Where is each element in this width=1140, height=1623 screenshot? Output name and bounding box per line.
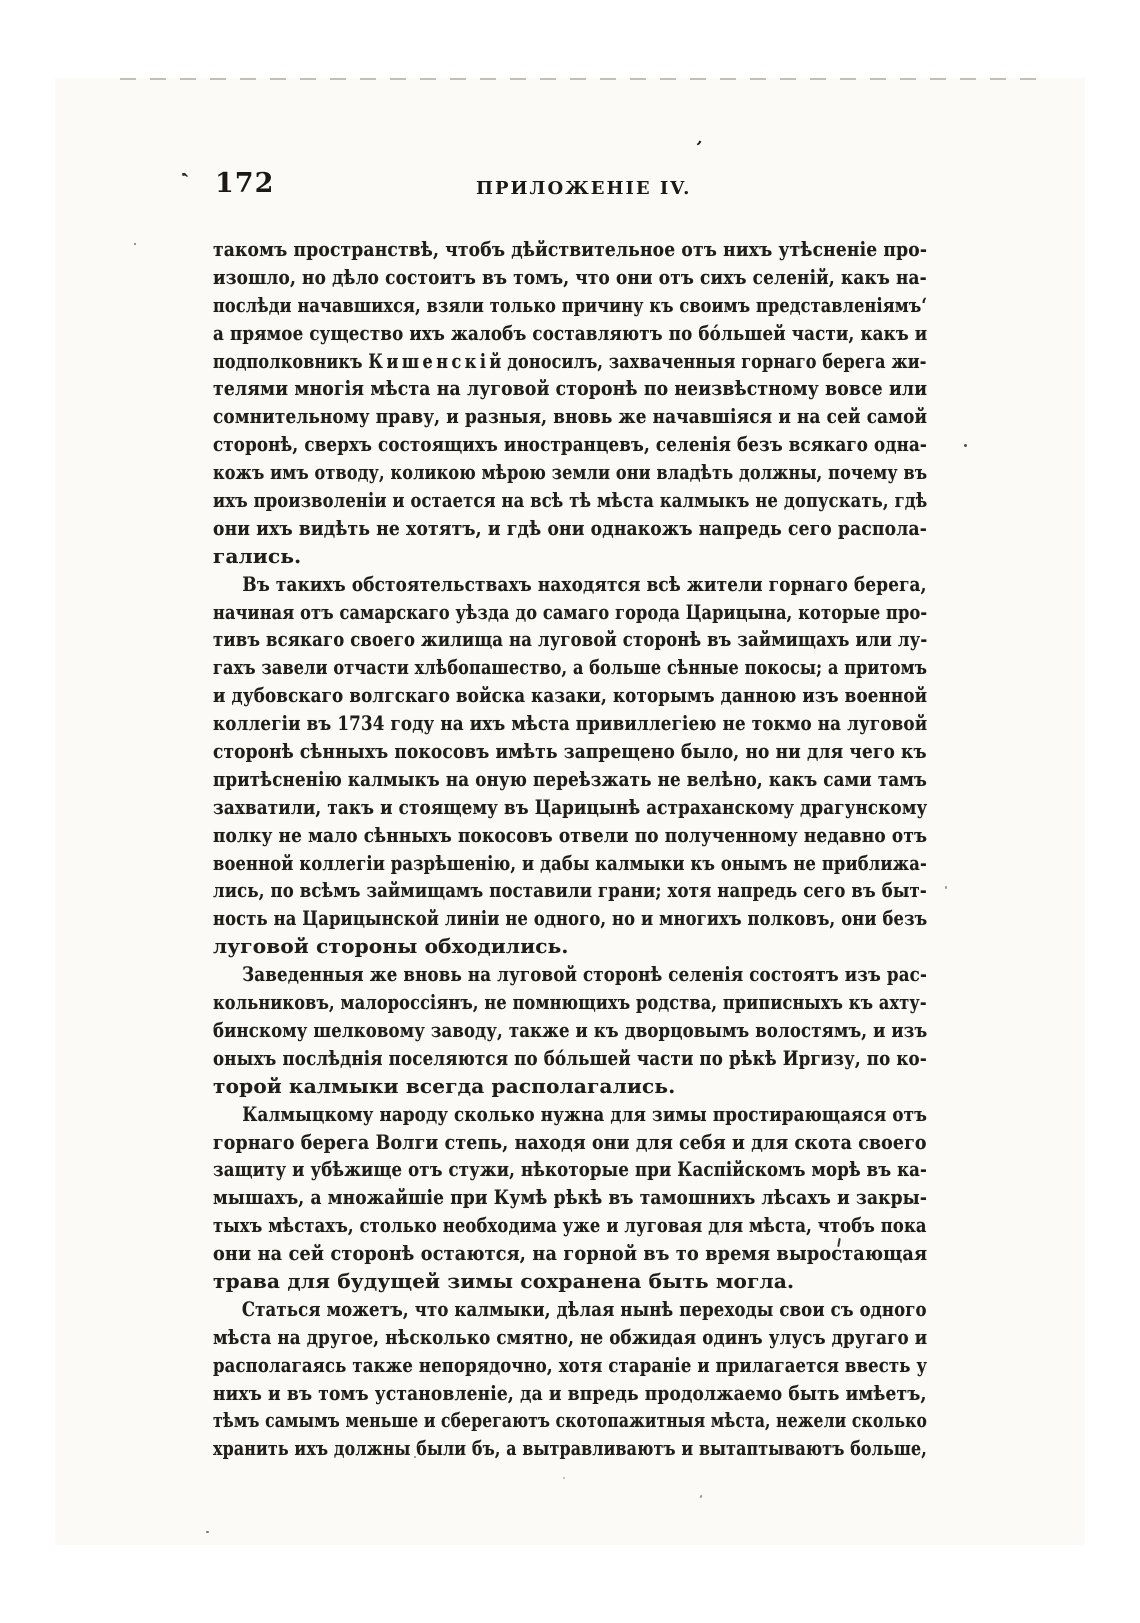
text-line: горнаго берега Волги степь, находя они д… <box>213 1129 832 1157</box>
ink-speck <box>945 886 947 889</box>
text-line: изошло, но дѣло состоитъ въ томъ, что он… <box>213 264 816 292</box>
text-line: полку не мало сѣнныхъ покосовъ отвели по… <box>213 822 817 850</box>
text-line: захватили, такъ и стоящему въ Царицынѣ а… <box>213 794 810 822</box>
text-line: гались. <box>213 543 927 571</box>
text-line: они ихъ видѣть не хотятъ, и гдѣ они одна… <box>213 515 824 543</box>
text-line: Заведенныя же вновь на луговой сторонѣ с… <box>213 961 807 989</box>
stray-grave-mark: ` <box>180 169 196 185</box>
text-line: послѣди начавшихся, взяли только причину… <box>213 292 787 320</box>
text-line: защиту и убѣжище отъ стужи, нѣкоторые пр… <box>213 1156 803 1184</box>
scanned-book-page: { "page": { "number": "172", "header_tit… <box>0 0 1140 1623</box>
text-line: сомнительному праву, и разныя, вновь же … <box>213 403 815 431</box>
text-block: такомъ пространствѣ, чтобъ дѣйствительно… <box>213 236 927 1463</box>
ink-speck <box>563 1477 565 1479</box>
text-line: мышахъ, а множайшіе при Кумѣ рѣкѣ въ там… <box>213 1184 820 1212</box>
ink-speck <box>206 1531 209 1533</box>
text-line: нихъ и въ томъ установленіе, да и впредь… <box>213 1380 821 1408</box>
text-line: сторонѣ, сверхъ состоящихъ иностранцевъ,… <box>213 431 808 459</box>
text-line: притѣсненію калмыкъ на оную переѣзжать н… <box>213 766 809 794</box>
text-line: и дубовскаго волгскаго войска казаки, ко… <box>213 682 809 710</box>
text-line: а прямое существо ихъ жалобъ составляютъ… <box>213 320 809 348</box>
text-line: ихъ произволеніи и остается на всѣ тѣ мѣ… <box>213 487 795 515</box>
text-line: мѣста на другое, нѣсколько смятно, не об… <box>213 1324 809 1352</box>
text-line: лись, по всѣмъ займищамъ поставили грани… <box>213 877 801 905</box>
text-line: торой калмыки всегда располагались. <box>213 1073 927 1101</box>
text-line: хранить ихъ должны были бъ, а вытравлива… <box>213 1435 778 1463</box>
text-line: Калмыцкому народу сколько нужна для зимы… <box>213 1101 809 1129</box>
text-line: они на сей сторонѣ остаются, на горной в… <box>213 1240 842 1268</box>
ink-speck <box>964 444 967 447</box>
text-line: оныхъ послѣднія поселяются по бо́льшей ч… <box>213 1045 807 1073</box>
text-line: тыхъ мѣстахъ, столько необходима уже и л… <box>213 1212 796 1240</box>
text-line: Статься можетъ, что калмыки, дѣлая нынѣ … <box>213 1296 802 1324</box>
text-line: начиная отъ самарскаго уѣзда до самаго г… <box>213 599 789 627</box>
text-line: такомъ пространствѣ, чтобъ дѣйствительно… <box>213 236 824 264</box>
text-line: тивъ всякаго своего жилища на луговой ст… <box>213 626 800 654</box>
text-line: трава для будущей зимы сохранена быть мо… <box>213 1268 927 1296</box>
text-line: коллегіи въ 1734 году на ихъ мѣста приви… <box>213 710 809 738</box>
text-line: гахъ завели отчасти хлѣбопашество, а бол… <box>213 654 786 682</box>
text-line: Въ такихъ обстоятельствахъ находятся всѣ… <box>213 571 813 599</box>
text-line: тѣмъ самымъ меньше и сберегаютъ скотопаж… <box>213 1407 767 1435</box>
text-line: располагаясь также непорядочно, хотя ста… <box>213 1352 800 1380</box>
text-line: кожъ имъ отводу, коликою мѣрою земли они… <box>213 459 786 487</box>
text-line: бинскому шелковому заводу, также и къ дв… <box>213 1017 802 1045</box>
scan-edge-artifact <box>120 78 1050 80</box>
text-line: подполковникъ К и ш е н с к і й доносилъ… <box>213 348 785 376</box>
text-line: телями многія мѣста на луговой сторонѣ п… <box>213 375 827 403</box>
text-line: ность на Царицынской линіи не одного, но… <box>213 905 796 933</box>
page-number: 172 <box>215 168 274 199</box>
ink-speck <box>134 243 136 245</box>
text-line: луговой стороны обходились. <box>213 933 927 961</box>
running-header-title: ПРИЛОЖЕНІЕ IV. <box>476 178 676 199</box>
text-line: кольниковъ, малороссіянъ, не помнющихъ р… <box>213 989 788 1017</box>
text-line: сторонѣ сѣнныхъ покосовъ имѣть запрещено… <box>213 738 818 766</box>
text-line: военной коллегіи разрѣшенію, и дабы калм… <box>213 850 795 878</box>
